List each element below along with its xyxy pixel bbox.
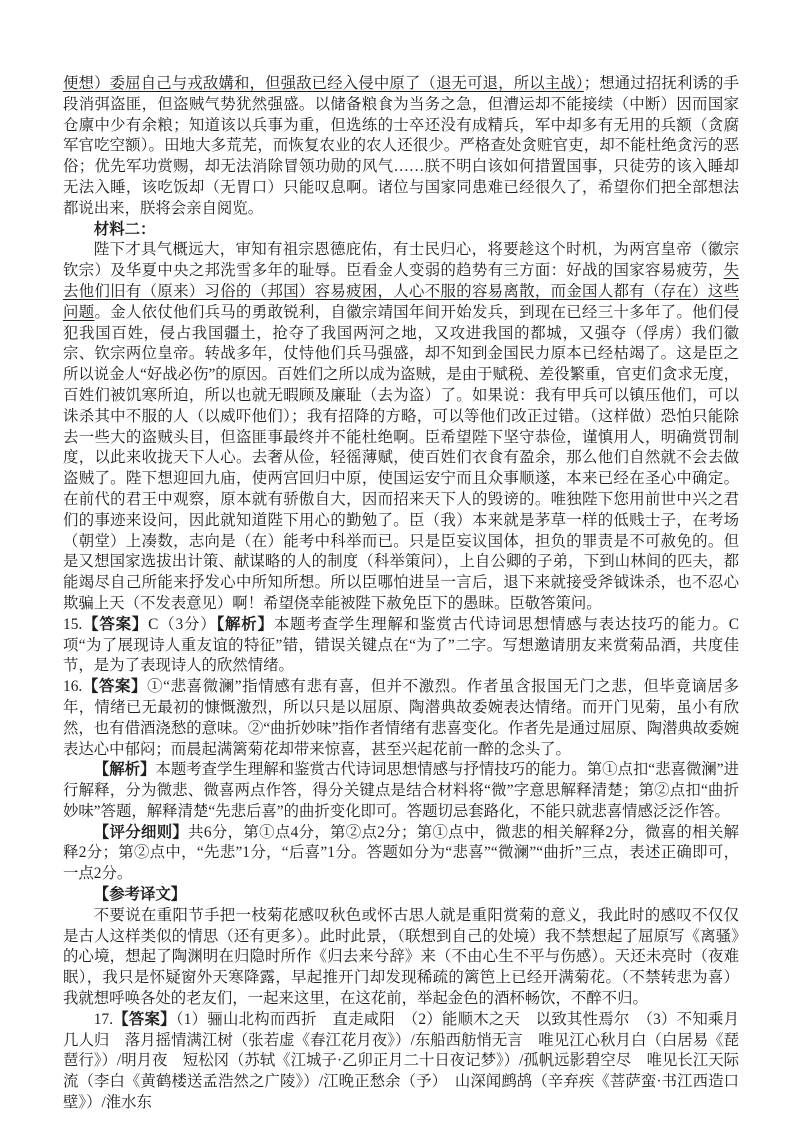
analysis-16: 【解析】本题考查学生理解和鉴赏古代诗词思想情感与抒情技巧的能力。第①点扣“悲喜微… (63, 760, 739, 822)
text-segment: 【参考译文】 (94, 886, 186, 903)
text-segment: 便想）委屈自己与戎敌媾和，但强敌已经入侵中原了（退无可退，所以主战） (63, 75, 584, 92)
document-page: 便想）委屈自己与戎敌媾和，但强敌已经入侵中原了（退无可退，所以主战）；想通过招抚… (0, 0, 800, 1131)
text-segment: 。金人依仗他们兵马的勇敢锐利，自徽宗靖国年间开始发兵，到现在已经三十多年了。他们… (63, 304, 739, 612)
text-segment: 【答案】 (113, 1011, 176, 1028)
answer-15: 15.【答案】C（3分）【解析】本题考查学生理解和鉴赏古代诗词思想情感与表达技巧… (63, 615, 739, 677)
text-segment: 陛下才具气概远大，审知有祖宗恩德庇佑，有士民归心，将要趁这个时机，为两宫皇帝（徽… (63, 241, 739, 279)
document-content: 便想）委屈自己与戎敌媾和，但强敌已经入侵中原了（退无可退，所以主战）；想通过招抚… (63, 74, 739, 1114)
text-segment: 15. (63, 616, 82, 633)
text-segment: 不要说在重阳节手把一枝菊花感叹秋色或怀古思人就是重阳赏菊的意义，我此时的感叹不仅… (63, 907, 739, 1007)
text-segment: ①“悲喜微澜”指情感有悲有喜，但并不激烈。作者虽含报国无门之悲，但毕竟谪居多年，… (63, 678, 739, 757)
material-two-heading: 材料二： (63, 220, 739, 241)
text-segment: 【解析】 (94, 761, 156, 778)
material-two-translation: 陛下才具气概远大，审知有祖宗恩德庇佑，有士民归心，将要趁这个时机，为两宫皇帝（徽… (63, 240, 739, 614)
text-segment: C（3分） (148, 616, 216, 633)
text-segment: 16. (63, 678, 82, 695)
reference-translation-heading: 【参考译文】 (63, 885, 739, 906)
text-segment: 【答案】 (82, 616, 148, 633)
answer-16: 16.【答案】①“悲喜微澜”指情感有悲有喜，但并不激烈。作者虽含报国无门之悲，但… (63, 677, 739, 760)
scoring-rubric-16: 【评分细则】共6分，第①点4分，第②点2分；第①点中，微悲的相关解释2分，微喜的… (63, 823, 739, 885)
text-segment: 本题考查学生理解和鉴赏古代诗词思想情感与抒情技巧的能力。第①点扣“悲喜微澜”进行… (63, 761, 739, 820)
text-segment: 17. (94, 1011, 113, 1028)
material-one-translation-continued: 便想）委屈自己与戎敌媾和，但强敌已经入侵中原了（退无可退，所以主战）；想通过招抚… (63, 74, 739, 220)
text-segment: 【解析】 (217, 616, 274, 633)
answer-17: 17.【答案】（1）骊山北构而西折 直走咸阳 （2）能顺木之天 以致其性焉尔 （… (63, 1010, 739, 1114)
text-segment: 【评分细则】 (94, 824, 188, 841)
text-segment: 【答案】 (82, 678, 147, 695)
reference-translation-body: 不要说在重阳节手把一枝菊花感叹秋色或怀古思人就是重阳赏菊的意义，我此时的感叹不仅… (63, 906, 739, 1010)
text-segment: ；想通过招抚利诱的手段消弭盗匪，但盗贼气势犹然强盛。以储备粮食为当务之急，但漕运… (63, 75, 739, 217)
text-segment: 材料二： (94, 221, 156, 238)
